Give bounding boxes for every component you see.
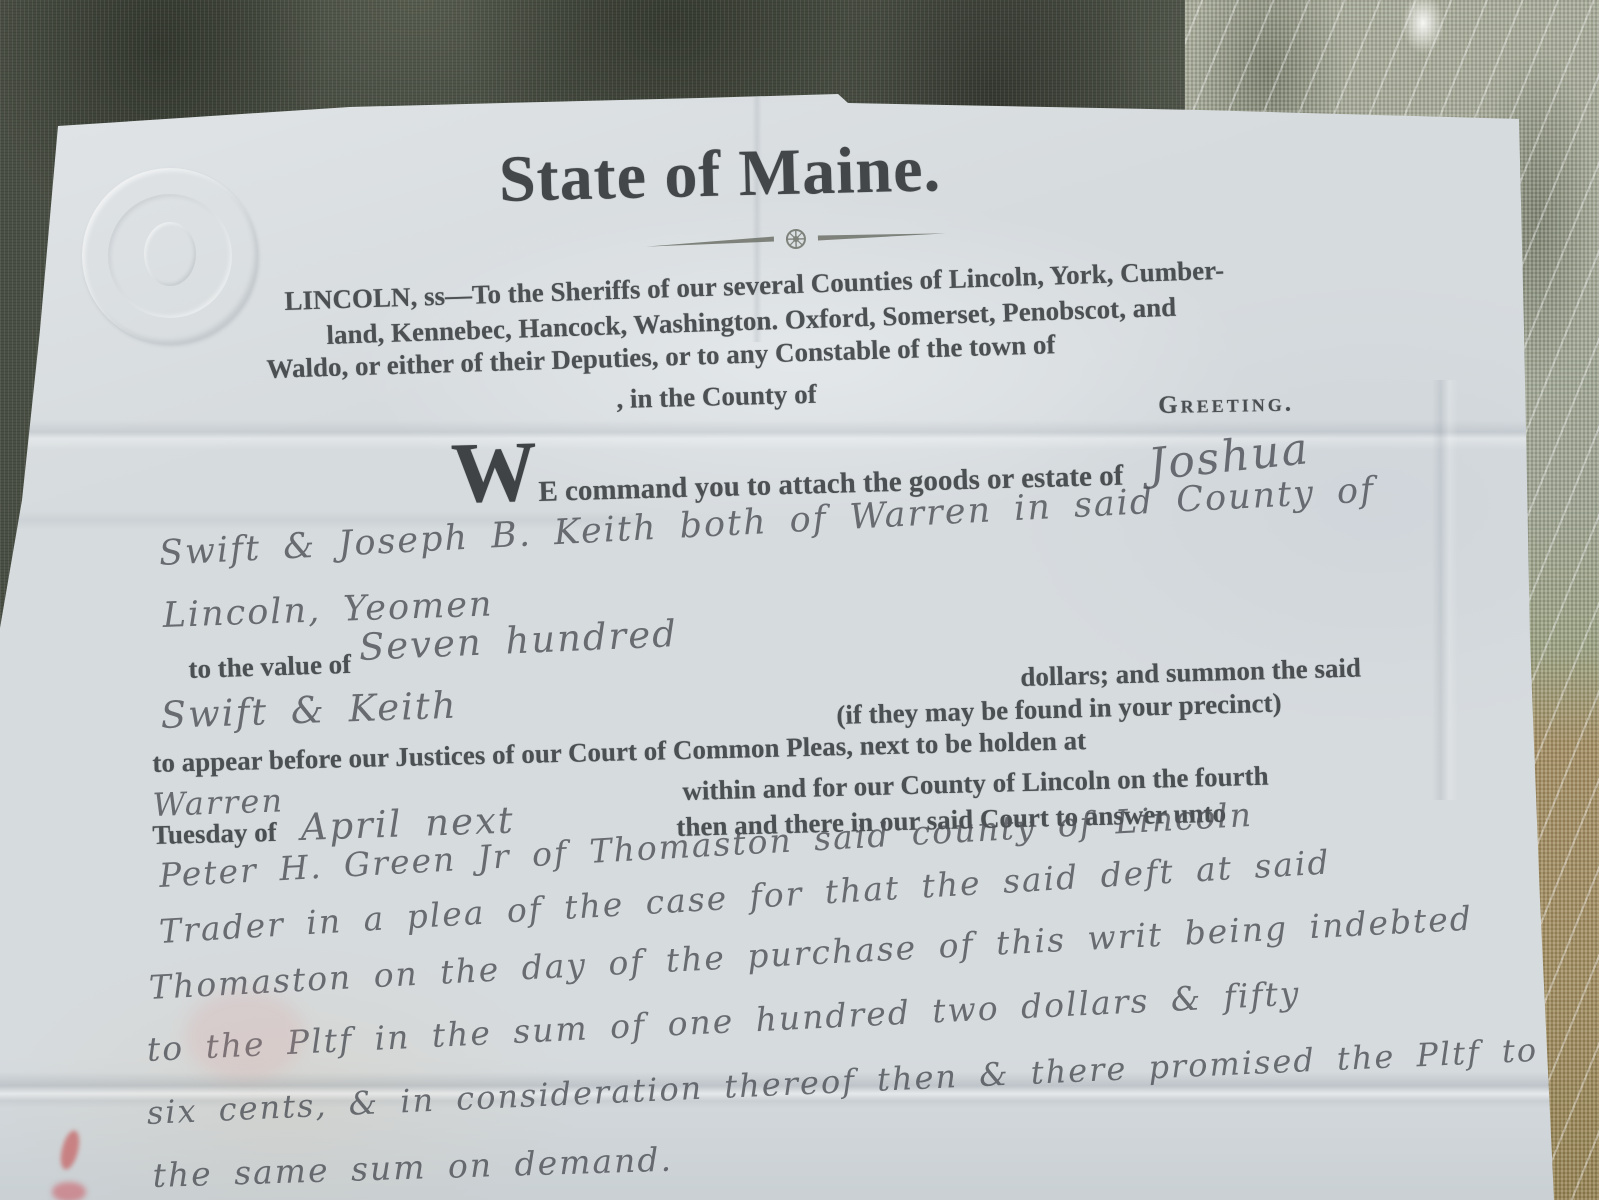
handwritten-parties: Swift & Keith bbox=[160, 684, 458, 737]
embossed-seal bbox=[82, 168, 258, 344]
dropcap-w: W bbox=[450, 428, 538, 516]
greeting-text: Greeting. bbox=[1158, 390, 1294, 420]
fold-crease-top bbox=[0, 420, 1599, 450]
ornament-divider bbox=[646, 224, 947, 257]
value-label: to the value of bbox=[188, 649, 352, 685]
fold-crease-vertical bbox=[752, 92, 762, 342]
photo-scene: State of Maine. LINCOLN, ss—To the Sheri… bbox=[0, 0, 1599, 1200]
document-paper: State of Maine. LINCOLN, ss—To the Sheri… bbox=[0, 0, 1599, 1200]
dollars-label: dollars; and summon the said bbox=[1020, 652, 1361, 692]
precinct-label: (if they may be found in your precinct) bbox=[836, 688, 1282, 731]
embossed-seal-center bbox=[144, 222, 196, 286]
document-title: State of Maine. bbox=[498, 131, 942, 218]
address-line-4: , in the County of bbox=[616, 379, 817, 415]
handwritten-demand-line: the same sum on demand. bbox=[152, 1140, 673, 1195]
red-ink-mark bbox=[57, 1129, 82, 1172]
pink-stain bbox=[185, 990, 305, 1080]
tuesday-label: Tuesday of bbox=[152, 817, 277, 851]
red-ink-smear bbox=[52, 1182, 86, 1200]
fold-crease-right bbox=[1432, 380, 1458, 800]
